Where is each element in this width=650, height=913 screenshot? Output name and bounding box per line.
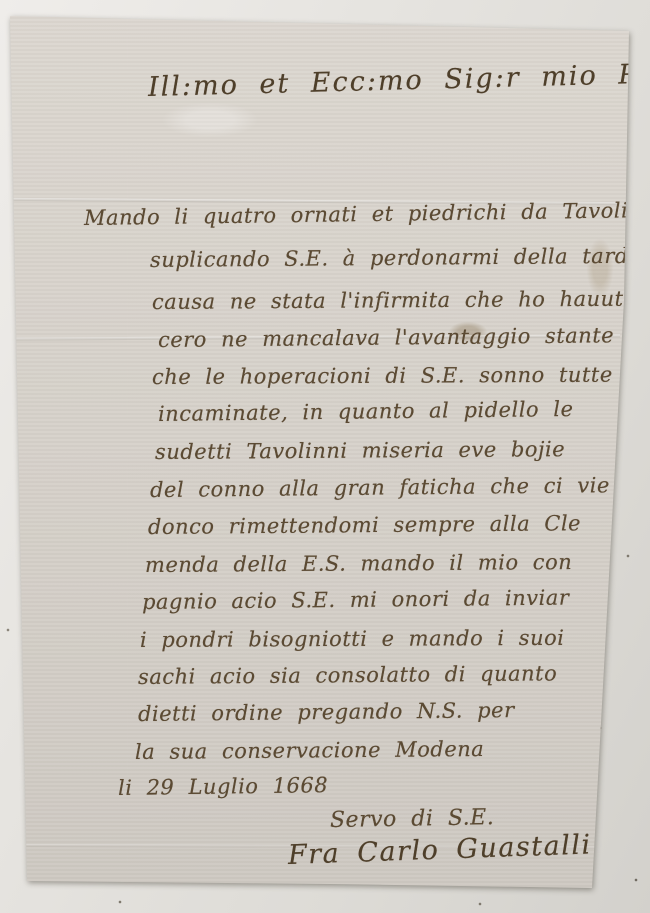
manuscript-line: pagnio acio S.E. mi onori da inviar: [142, 586, 570, 614]
valediction-line: Servo di S.E.: [330, 805, 495, 833]
letter-paper: Ill:mo et Ecc:mo Sig:r mio Pron Col:mo M…: [0, 0, 650, 913]
letter-paper-wrapper: Ill:mo et Ecc:mo Sig:r mio Pron Col:mo M…: [0, 0, 650, 913]
manuscript-line: menda della E.S. mando il mio con: [145, 550, 572, 577]
dateline: li 29 Luglio 1668: [118, 773, 328, 800]
manuscript-line: del conno alla gran faticha che ci vie: [150, 473, 610, 502]
manuscript-line: causa ne stata l'infirmita che ho hauuto…: [152, 287, 644, 314]
signature-line: Fra Carlo Guastalli: [287, 829, 592, 871]
manuscript-line: dietti ordine pregando N.S. per: [138, 698, 515, 726]
manuscript-line: sudetti Tavolinni miseria eve bojie: [155, 437, 565, 464]
salutation-line: Ill:mo et Ecc:mo Sig:r mio Pron Col:mo: [148, 54, 650, 103]
manuscript-line: che le hoperacioni di S.E. sonno tutte: [152, 363, 613, 389]
manuscript-line: suplicando S.E. à perdonarmi della tarda…: [150, 243, 650, 272]
manuscript-line: la sua conservacione Modena: [135, 737, 484, 764]
manuscript-line: incaminate, in quanto al pidello le: [158, 397, 574, 426]
manuscript-line: sachi acio sia consolatto di quanto: [138, 661, 557, 689]
manuscript-line: Mando li quatro ornati et piedrichi da T…: [84, 198, 650, 230]
manuscript-line: cero ne mancalava l'avantaggio stante: [158, 323, 614, 352]
manuscript-line: donco rimettendomi sempre alla Cle: [148, 511, 581, 539]
manuscript-line: i pondri bisogniotti e mando i suoi: [140, 626, 565, 652]
